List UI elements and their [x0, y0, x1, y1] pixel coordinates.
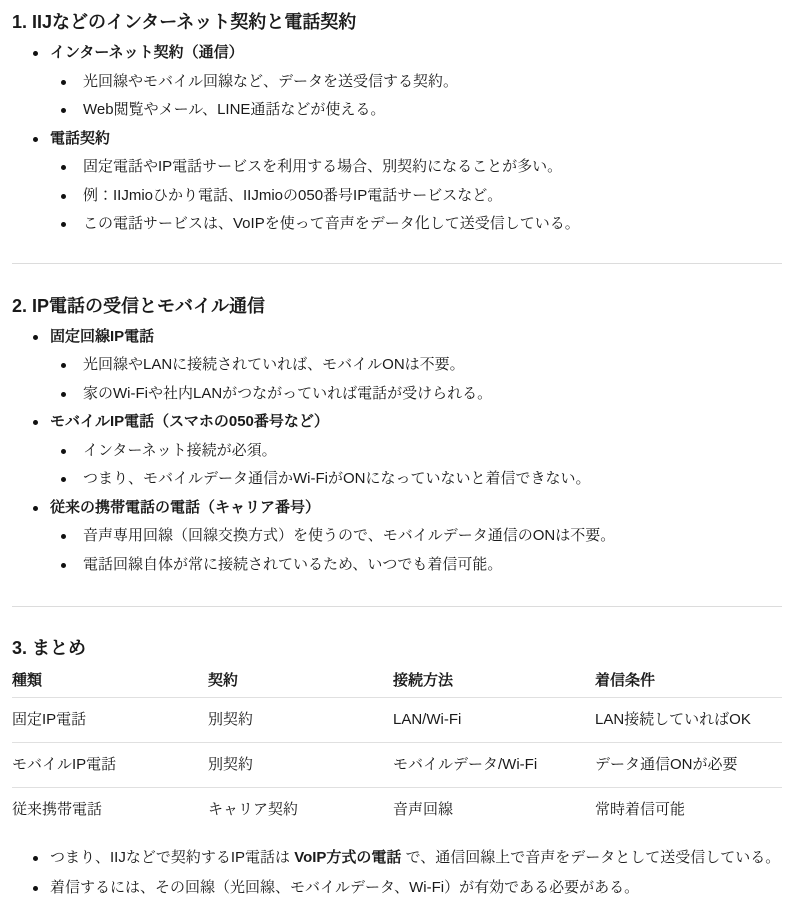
summary-notes-list: つまり、IIJなどで契約するIP電話は VoIP方式の電話 で、通信回線上で音声…: [12, 843, 782, 903]
bullet-icon: [33, 51, 38, 56]
table-header-row: 種類 契約 接続方法 着信条件: [12, 665, 782, 698]
note-item: つまり、IIJなどで契約するIP電話は VoIP方式の電話 で、通信回線上で音声…: [12, 843, 782, 873]
note-bold-text: VoIP方式の電話: [294, 849, 401, 866]
note-text: で、通信回線上で音声をデータとして送受信している。: [401, 849, 780, 866]
sub-list-item: 例：IIJmioひかり電話、IIJmioの050番号IP電話サービスなど。: [50, 182, 782, 211]
sub-list: 光回線やLANに接続されていれば、モバイルONは不要。 家のWi-Fiや社内LA…: [50, 351, 782, 408]
section-divider: [12, 263, 782, 264]
sub-list-item-text: 電話回線自体が常に接続されているため、いつでも着信可能。: [83, 556, 502, 573]
bullet-icon: [61, 534, 66, 539]
list-item-label: 従来の携帯電話の電話（キャリア番号）: [50, 494, 782, 523]
sub-list: インターネット接続が必須。 つまり、モバイルデータ通信かWi-FiがONになって…: [50, 437, 782, 494]
list-item: 電話契約 固定電話やIP電話サービスを利用する場合、別契約になることが多い。 例…: [12, 125, 782, 239]
sub-list-item: 家のWi-Fiや社内LANがつながっていれば電話が受けられる。: [50, 380, 782, 409]
table-header-cell: 契約: [208, 665, 393, 698]
list-item: 従来の携帯電話の電話（キャリア番号） 音声専用回線（回線交換方式）を使うので、モ…: [12, 494, 782, 580]
table-header-cell: 接続方法: [393, 665, 595, 698]
table-header-cell: 着信条件: [595, 665, 782, 698]
sub-list-item: 電話回線自体が常に接続されているため、いつでも着信可能。: [50, 551, 782, 580]
sub-list-item-text: 固定電話やIP電話サービスを利用する場合、別契約になることが多い。: [83, 158, 562, 175]
bullet-icon: [61, 477, 66, 482]
list-item-label: 固定回線IP電話: [50, 323, 782, 352]
note-item: 着信するには、その回線（光回線、モバイルデータ、Wi-Fi）が有効である必要があ…: [12, 873, 782, 903]
table-cell: 音声回線: [393, 788, 595, 833]
section-2-list: 固定回線IP電話 光回線やLANに接続されていれば、モバイルONは不要。 家のW…: [12, 323, 782, 580]
note-text: つまり、IIJなどで契約するIP電話は: [50, 849, 294, 866]
bullet-icon: [33, 886, 38, 891]
bullet-icon: [33, 856, 38, 861]
document-page: 1. IIJなどのインターネット契約と電話契約 インターネット契約（通信） 光回…: [0, 0, 794, 904]
sub-list-item-text: 光回線やモバイル回線など、データを送受信する契約。: [83, 73, 458, 90]
bullet-icon: [61, 222, 66, 227]
table-cell: キャリア契約: [208, 788, 393, 833]
sub-list: 音声専用回線（回線交換方式）を使うので、モバイルデータ通信のONは不要。 電話回…: [50, 522, 782, 579]
table-cell: LAN/Wi-Fi: [393, 698, 595, 743]
table-cell: 固定IP電話: [12, 698, 208, 743]
bullet-icon: [61, 80, 66, 85]
table-cell: 別契約: [208, 698, 393, 743]
summary-table: 種類 契約 接続方法 着信条件 固定IP電話 別契約 LAN/Wi-Fi LAN…: [12, 665, 782, 832]
table-cell: LAN接続していればOK: [595, 698, 782, 743]
sub-list-item-text: Web閲覧やメール、LINE通話などが使える。: [83, 101, 385, 118]
bullet-icon: [33, 420, 38, 425]
sub-list: 光回線やモバイル回線など、データを送受信する契約。 Web閲覧やメール、LINE…: [50, 68, 782, 125]
list-item-label: モバイルIP電話（スマホの050番号など）: [50, 408, 782, 437]
sub-list-item: 光回線やモバイル回線など、データを送受信する契約。: [50, 68, 782, 97]
bullet-icon: [33, 335, 38, 340]
sub-list-item: Web閲覧やメール、LINE通話などが使える。: [50, 96, 782, 125]
bullet-icon: [61, 363, 66, 368]
sub-list-item: つまり、モバイルデータ通信かWi-FiがONになっていないと着信できない。: [50, 465, 782, 494]
note-text: 着信するには、その回線（光回線、モバイルデータ、Wi-Fi）が有効である必要があ…: [50, 879, 639, 896]
sub-list-item: 光回線やLANに接続されていれば、モバイルONは不要。: [50, 351, 782, 380]
sub-list-item-text: 家のWi-Fiや社内LANがつながっていれば電話が受けられる。: [83, 385, 492, 402]
section-1-list: インターネット契約（通信） 光回線やモバイル回線など、データを送受信する契約。 …: [12, 39, 782, 239]
sub-list-item: 音声専用回線（回線交換方式）を使うので、モバイルデータ通信のONは不要。: [50, 522, 782, 551]
section-divider: [12, 606, 782, 607]
table-cell: 別契約: [208, 743, 393, 788]
list-item-label: 電話契約: [50, 125, 782, 154]
bullet-icon: [33, 506, 38, 511]
list-item-label: インターネット契約（通信）: [50, 39, 782, 68]
sub-list-item: インターネット接続が必須。: [50, 437, 782, 466]
sub-list-item-text: つまり、モバイルデータ通信かWi-FiがONになっていないと着信できない。: [83, 470, 590, 487]
sub-list-item-text: 光回線やLANに接続されていれば、モバイルONは不要。: [83, 356, 465, 373]
bullet-icon: [61, 165, 66, 170]
sub-list-item: 固定電話やIP電話サービスを利用する場合、別契約になることが多い。: [50, 153, 782, 182]
bullet-icon: [61, 449, 66, 454]
sub-list-item-text: インターネット接続が必須。: [83, 442, 277, 459]
table-cell: データ通信ONが必要: [595, 743, 782, 788]
sub-list-item-text: 例：IIJmioひかり電話、IIJmioの050番号IP電話サービスなど。: [83, 187, 502, 204]
bullet-icon: [61, 563, 66, 568]
sub-list-item: この電話サービスは、VoIPを使って音声をデータ化して送受信している。: [50, 210, 782, 239]
table-cell: 常時着信可能: [595, 788, 782, 833]
bullet-icon: [61, 392, 66, 397]
section-2-heading: 2. IP電話の受信とモバイル通信: [12, 294, 782, 318]
section-3-heading: 3. まとめ: [12, 636, 782, 660]
list-item: モバイルIP電話（スマホの050番号など） インターネット接続が必須。 つまり、…: [12, 408, 782, 494]
table-cell: モバイルデータ/Wi-Fi: [393, 743, 595, 788]
list-item: インターネット契約（通信） 光回線やモバイル回線など、データを送受信する契約。 …: [12, 39, 782, 125]
sub-list: 固定電話やIP電話サービスを利用する場合、別契約になることが多い。 例：IIJm…: [50, 153, 782, 239]
table-header-cell: 種類: [12, 665, 208, 698]
section-1-heading: 1. IIJなどのインターネット契約と電話契約: [12, 10, 782, 34]
sub-list-item-text: この電話サービスは、VoIPを使って音声をデータ化して送受信している。: [83, 215, 580, 232]
table-row: モバイルIP電話 別契約 モバイルデータ/Wi-Fi データ通信ONが必要: [12, 743, 782, 788]
bullet-icon: [61, 194, 66, 199]
table-row: 従来携帯電話 キャリア契約 音声回線 常時着信可能: [12, 788, 782, 833]
sub-list-item-text: 音声専用回線（回線交換方式）を使うので、モバイルデータ通信のONは不要。: [83, 527, 615, 544]
table-cell: 従来携帯電話: [12, 788, 208, 833]
table-row: 固定IP電話 別契約 LAN/Wi-Fi LAN接続していればOK: [12, 698, 782, 743]
list-item: 固定回線IP電話 光回線やLANに接続されていれば、モバイルONは不要。 家のW…: [12, 323, 782, 409]
bullet-icon: [61, 108, 66, 113]
bullet-icon: [33, 137, 38, 142]
table-cell: モバイルIP電話: [12, 743, 208, 788]
